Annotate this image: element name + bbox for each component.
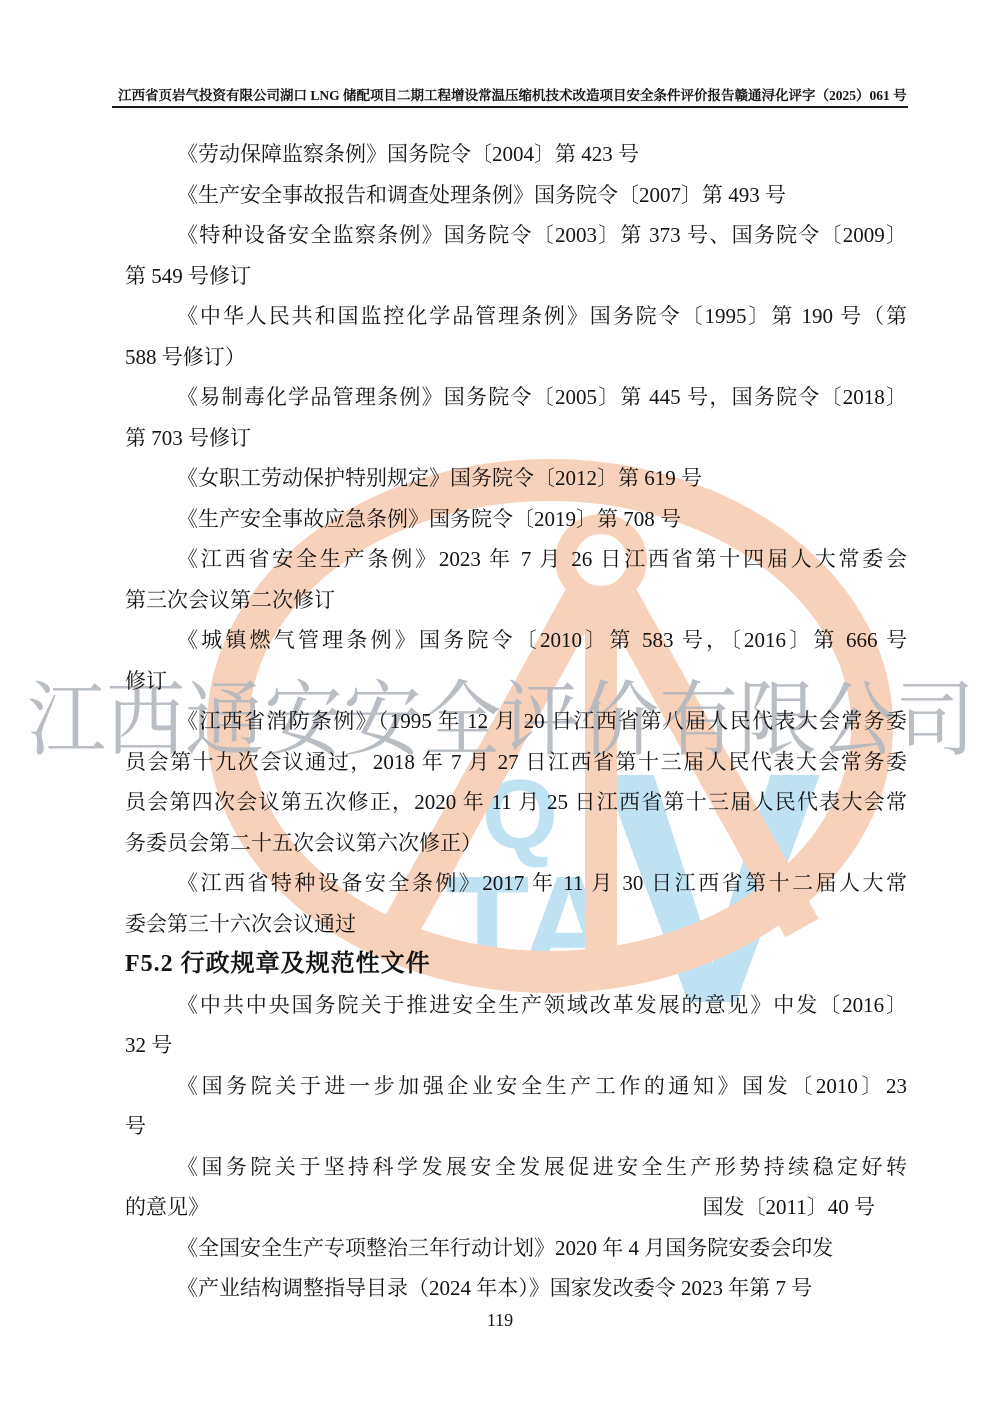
- document-page: Q TA V 江西通安安全评价有限公司 江西省页岩气投资有限公司湖口 LNG 储…: [0, 0, 1000, 1414]
- body-line: 《江西省消防条例》（1995 年 12 月 20 日江西省第八届人民代表大会常务…: [125, 701, 907, 742]
- body-line: 委会第三十六次会议通过: [125, 904, 907, 945]
- page-number: 119: [487, 1310, 513, 1330]
- body-line: 32 号: [125, 1025, 907, 1066]
- body-line-left: 的意见》: [125, 1187, 209, 1228]
- body-line: 《国务院关于进一步加强企业安全生产工作的通知》国发〔2010〕23: [125, 1066, 907, 1107]
- body-line: 《女职工劳动保护特别规定》国务院令〔2012〕第 619 号: [125, 458, 907, 499]
- body-line: 员会第十九次会议通过，2018 年 7 月 27 日江西省第十三届人民代表大会常…: [125, 742, 907, 783]
- body-line: 的意见》国发〔2011〕40 号: [125, 1187, 907, 1228]
- body-line: 《中华人民共和国监控化学品管理条例》国务院令〔1995〕第 190 号（第: [125, 296, 907, 337]
- body-line: 第 549 号修订: [125, 256, 907, 297]
- body-line: 588 号修订）: [125, 337, 907, 378]
- page-header: 江西省页岩气投资有限公司湖口 LNG 储配项目二期工程增设常温压缩机技术改造项目…: [118, 84, 906, 104]
- body-line: 《全国安全生产专项整治三年行动计划》2020 年 4 月国务院安委会印发: [125, 1228, 907, 1269]
- body-line: 《生产安全事故应急条例》国务院令〔2019〕第 708 号: [125, 499, 907, 540]
- header-rule: [112, 106, 908, 108]
- body-line: 《城镇燃气管理条例》国务院令〔2010〕第 583 号，〔2016〕第 666 …: [125, 620, 907, 661]
- body-line: 《劳动保障监察条例》国务院令〔2004〕第 423 号: [125, 134, 907, 175]
- body-line: 第三次会议第二次修订: [125, 580, 907, 621]
- section-heading: F5.2 行政规章及规范性文件: [125, 944, 907, 985]
- header-document-number: 赣通浔化评字（2025）061 号: [735, 84, 907, 104]
- body-line: 修订: [125, 661, 907, 702]
- body-line: 《特种设备安全监察条例》国务院令〔2003〕第 373 号、国务院令〔2009〕: [125, 215, 907, 256]
- body-line: 务委员会第二十五次会议第六次修正）: [125, 823, 907, 864]
- body-line: 员会第四次会议第五次修正，2020 年 11 月 25 日江西省第十三届人民代表…: [125, 782, 907, 823]
- body-line: 《生产安全事故报告和调查处理条例》国务院令〔2007〕第 493 号: [125, 175, 907, 216]
- body-line: 《江西省安全生产条例》2023 年 7 月 26 日江西省第十四届人大常委会: [125, 539, 907, 580]
- body-line: 《国务院关于坚持科学发展安全发展促进安全生产形势持续稳定好转: [125, 1147, 907, 1188]
- body-line: 第 703 号修订: [125, 418, 907, 459]
- body-line: 号: [125, 1106, 907, 1147]
- body-line-right: 国发〔2011〕40 号: [703, 1187, 907, 1228]
- body-line: 《易制毒化学品管理条例》国务院令〔2005〕第 445 号，国务院令〔2018〕: [125, 377, 907, 418]
- body-text: 《劳动保障监察条例》国务院令〔2004〕第 423 号《生产安全事故报告和调查处…: [125, 134, 907, 1309]
- page-footer: 119: [0, 1310, 1000, 1331]
- body-line: 《产业结构调整指导目录（2024 年本）》国家发改委令 2023 年第 7 号: [125, 1268, 907, 1309]
- body-line: 《江西省特种设备安全条例》2017 年 11 月 30 日江西省第十二届人大常: [125, 863, 907, 904]
- header-report-title: 江西省页岩气投资有限公司湖口 LNG 储配项目二期工程增设常温压缩机技术改造项目…: [118, 84, 735, 104]
- body-line: 《中共中央国务院关于推进安全生产领域改革发展的意见》中发〔2016〕: [125, 985, 907, 1026]
